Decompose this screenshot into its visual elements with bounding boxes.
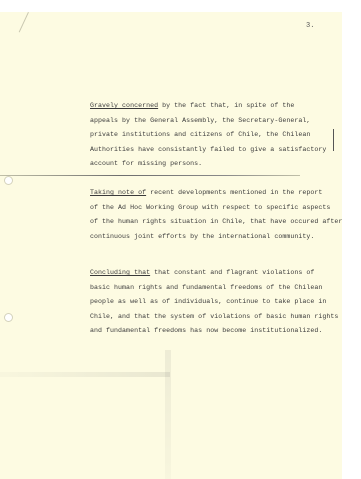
paragraph-text: recent developments mentioned in the rep… — [146, 189, 322, 196]
scan-crease-line — [0, 175, 300, 176]
paragraph-concluding: Concluding that that constant and flagra… — [90, 266, 342, 339]
fold-mark — [19, 12, 29, 32]
paragraph-text: by the fact that, in spite of the — [158, 102, 294, 109]
paragraph-taking-note: Taking note of recent developments menti… — [90, 186, 342, 244]
margin-mark — [333, 129, 334, 151]
paragraph-line: Chile, and that the system of violations… — [90, 310, 342, 325]
paragraph-line: Concluding that that constant and flagra… — [90, 266, 342, 281]
paragraph-line: Taking note of recent developments menti… — [90, 186, 342, 201]
paragraph-lead: Concluding that — [90, 269, 150, 276]
paragraph-line: of the human rights situation in Chile, … — [90, 215, 342, 230]
paragraph-line: Gravely concerned by the fact that, in s… — [90, 99, 342, 114]
paragraph-lead: Gravely concerned — [90, 102, 158, 109]
paragraph-line: people as well as of individuals, contin… — [90, 295, 342, 310]
scan-smudge — [0, 372, 170, 377]
paragraph-line: private institutions and citizens of Chi… — [90, 128, 342, 143]
page-number: 3. — [306, 22, 314, 30]
punch-hole — [4, 176, 13, 185]
document-page: 3. Gravely concerned by the fact that, i… — [0, 12, 342, 479]
punch-hole — [4, 313, 13, 322]
paragraph-gravely-concerned: Gravely concerned by the fact that, in s… — [90, 99, 342, 172]
paragraph-line: of the Ad Hoc Working Group with respect… — [90, 201, 342, 216]
paragraph-line: account for missing persons. — [90, 157, 342, 172]
paragraph-line: basic human rights and fundamental freed… — [90, 281, 342, 296]
paragraph-line: continuous joint efforts by the internat… — [90, 230, 342, 245]
paragraph-line: and fundamental freedoms has now become … — [90, 324, 342, 339]
paragraph-text: that constant and flagrant violations of — [150, 269, 314, 276]
paragraph-line: appeals by the General Assembly, the Sec… — [90, 114, 342, 129]
paragraph-lead: Taking note of — [90, 189, 146, 196]
paragraph-line: Authorities have consistantly failed to … — [90, 143, 342, 158]
scan-smudge — [165, 350, 171, 479]
